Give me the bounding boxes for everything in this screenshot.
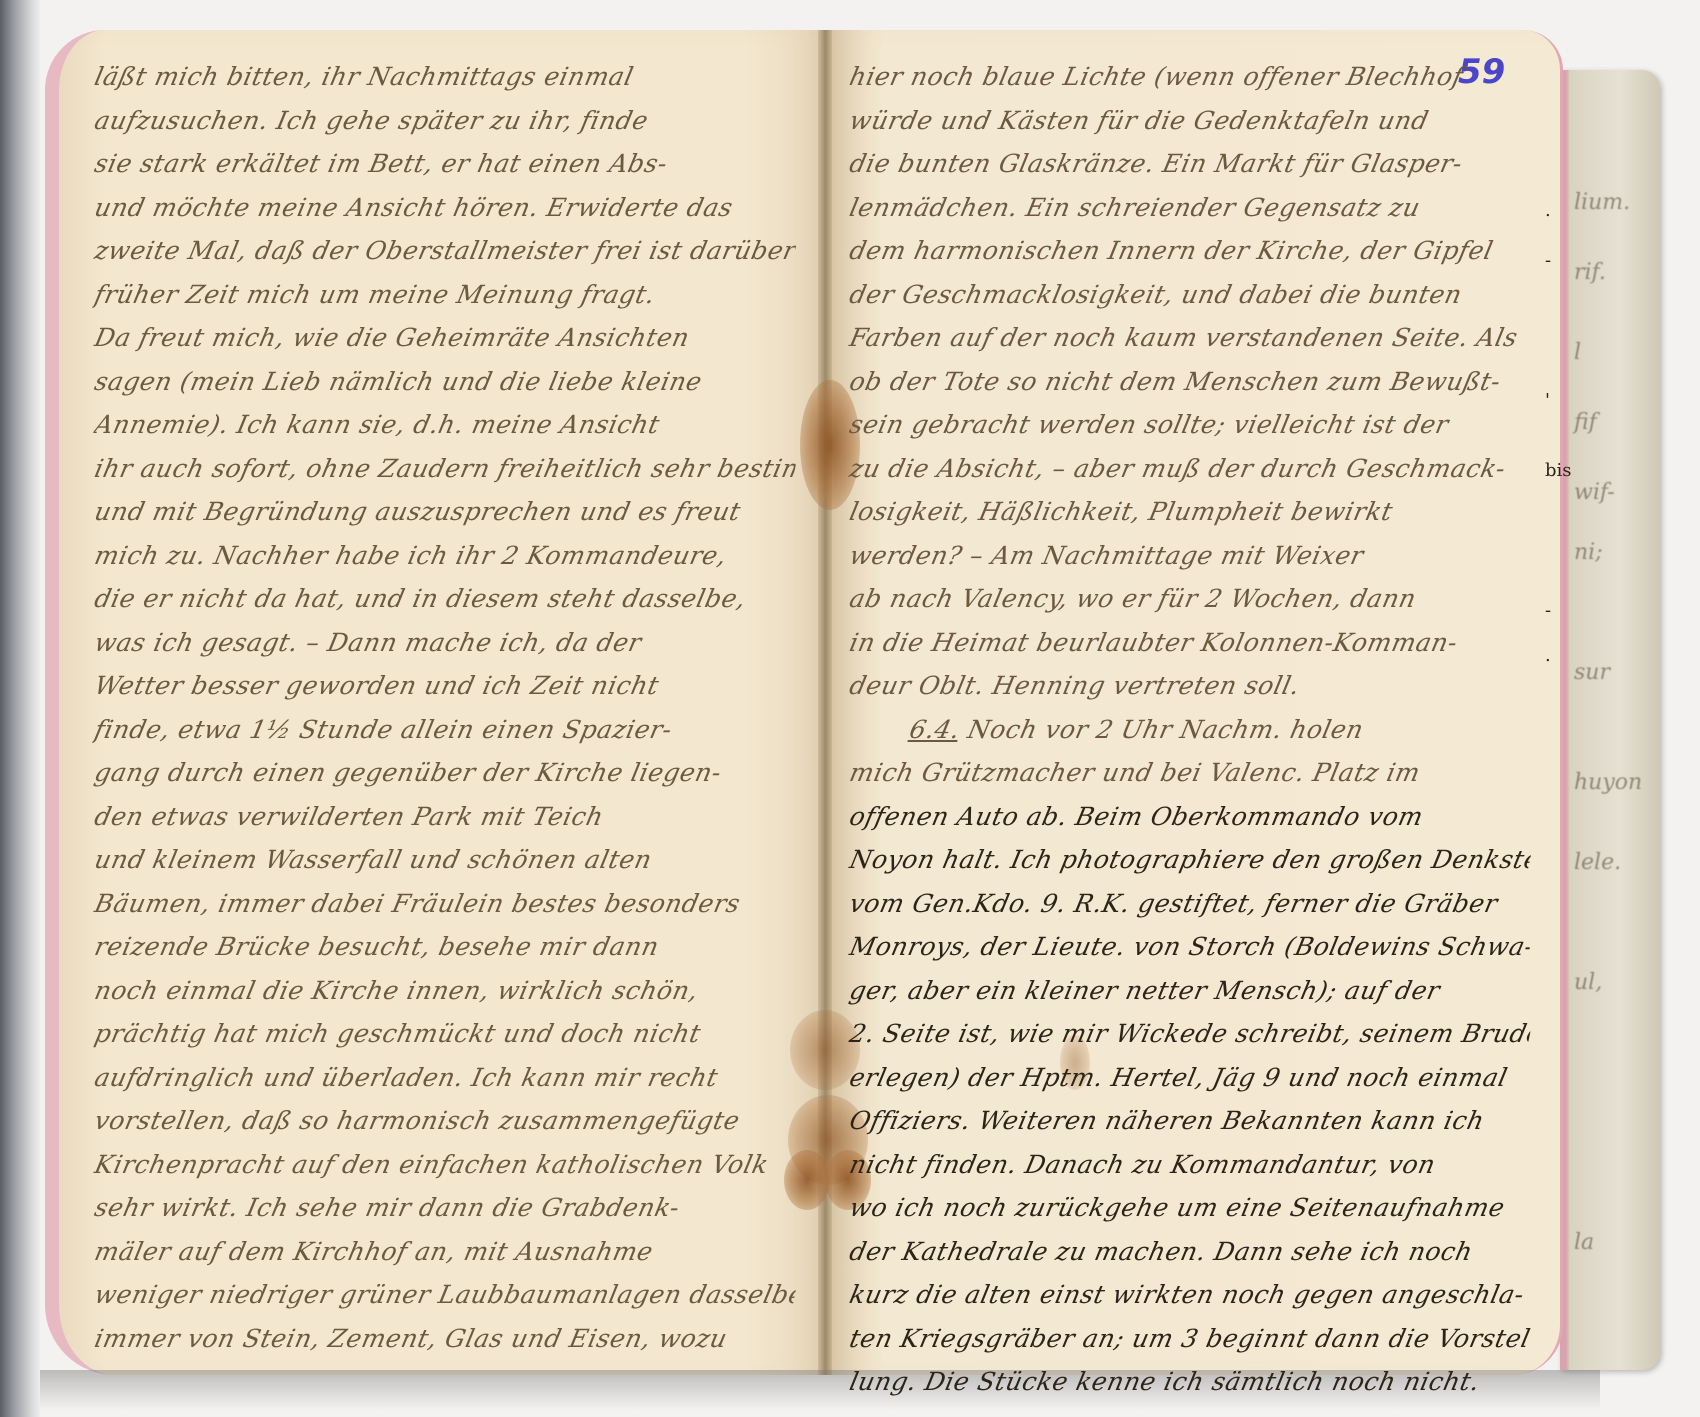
text-line: und mit Begründung auszusprechen und es …	[90, 490, 799, 534]
text-line: noch einmal die Kirche innen, wirklich s…	[90, 969, 799, 1013]
text-line: ten Kriegsgräber an; um 3 beginnt dann d…	[845, 1317, 1534, 1361]
text-line: werden? – Am Nachmittage mit Weixer	[845, 534, 1534, 578]
text-line: zu die Absicht, – aber muß der durch Ges…	[845, 447, 1534, 491]
text-line: der Kathedrale zu machen. Dann sehe ich …	[845, 1230, 1534, 1274]
margin-mark: bis	[1545, 460, 1572, 481]
ghost-text: rif.	[1574, 260, 1654, 285]
text-line: mich zu. Nachher habe ich ihr 2 Kommande…	[90, 534, 799, 578]
text-line: den etwas verwilderten Park mit Teich	[90, 795, 799, 839]
ghost-text: lium.	[1574, 190, 1654, 215]
text-line: die bunten Glaskränze. Ein Markt für Gla…	[845, 142, 1534, 186]
text-line: offenen Auto ab. Beim Oberkommando vom	[845, 795, 1534, 839]
text-line: in die Heimat beurlaubter Kolonnen-Komma…	[845, 621, 1534, 665]
text-line: wo ich noch zurückgehe um eine Seitenauf…	[845, 1186, 1534, 1230]
text-line: sehr wirkt. Ich sehe mir dann die Grabde…	[90, 1186, 799, 1230]
text-line: sein gebracht werden sollte; vielleicht …	[845, 403, 1534, 447]
text-line: lung. Die Stücke kenne ich sämtlich noch…	[845, 1360, 1534, 1404]
date-heading: 6.4.	[907, 715, 963, 744]
right-page-text: hier noch blaue Lichte (wenn offener Ble…	[850, 55, 1530, 1404]
text-line: Bäumen, immer dabei Fräulein bestes beso…	[90, 882, 799, 926]
text-line: prächtig hat mich geschmückt und doch ni…	[90, 1012, 799, 1056]
text-line: Monroys, der Lieute. von Storch (Boldewi…	[845, 925, 1534, 969]
text-line: was ich gesagt. – Dann mache ich, da der	[90, 621, 799, 665]
text-line: Noyon halt. Ich photographiere den große…	[845, 838, 1534, 882]
text-line: läßt mich bitten, ihr Nachmittags einmal	[90, 55, 799, 99]
text-line: Annemie). Ich kann sie, d.h. meine Ansic…	[90, 403, 799, 447]
margin-mark: .	[1545, 200, 1551, 221]
text-line: weniger niedriger grüner Laubbaumanlagen…	[90, 1273, 799, 1317]
text-line: finde, etwa 1½ Stunde allein einen Spazi…	[90, 708, 799, 752]
ghost-text: ul,	[1574, 970, 1654, 995]
text-line: würde und Kästen für die Gedenktafeln un…	[845, 99, 1534, 143]
date-entry-line: 6.4. Noch vor 2 Uhr Nachm. holen	[845, 708, 1534, 752]
text-line: Farben auf der noch kaum verstandenen Se…	[845, 316, 1534, 360]
scanner-edge	[0, 0, 40, 1417]
ghost-text: sur	[1574, 660, 1654, 685]
text-line: 2. Seite ist, wie mir Wickede schreibt, …	[845, 1012, 1534, 1056]
left-page-text: läßt mich bitten, ihr Nachmittags einmal…	[95, 55, 795, 1360]
ghost-text: fif	[1574, 410, 1654, 435]
text-line: früher Zeit mich um meine Meinung fragt.	[90, 273, 799, 317]
text-line: aufzusuchen. Ich gehe später zu ihr, fin…	[90, 99, 799, 143]
margin-mark: -	[1545, 250, 1551, 271]
protruding-back-page: lium. rif. l fif wif- ni; sur huyon lele…	[1560, 70, 1660, 1370]
text-line: und kleinem Wasserfall und schönen alten	[90, 838, 799, 882]
text-line: kurz die alten einst wirkten noch gegen …	[845, 1273, 1534, 1317]
ghost-text: la	[1574, 1230, 1654, 1255]
text-line: mäler auf dem Kirchhof an, mit Ausnahme	[90, 1230, 799, 1274]
text-line: sagen (mein Lieb nämlich und die liebe k…	[90, 360, 799, 404]
text-line: nicht finden. Danach zu Kommandantur, vo…	[845, 1143, 1534, 1187]
text-line: zweite Mal, daß der Oberstallmeister fre…	[90, 229, 799, 273]
text-line: lenmädchen. Ein schreiender Gegensatz zu	[845, 186, 1534, 230]
text-line: vorstellen, daß so harmonisch zusammenge…	[90, 1099, 799, 1143]
text-line: Da freut mich, wie die Geheimräte Ansich…	[90, 316, 799, 360]
text-line: reizende Brücke besucht, besehe mir dann	[90, 925, 799, 969]
text-line: hier noch blaue Lichte (wenn offener Ble…	[845, 55, 1534, 99]
text-line: deur Oblt. Henning vertreten soll.	[845, 664, 1534, 708]
text-line: ger, aber ein kleiner netter Mensch); au…	[845, 969, 1534, 1013]
text-line: ab nach Valency, wo er für 2 Wochen, dan…	[845, 577, 1534, 621]
text-line: aufdringlich und überladen. Ich kann mir…	[90, 1056, 799, 1100]
text-line: die er nicht da hat, und in diesem steht…	[90, 577, 799, 621]
margin-mark: -	[1545, 600, 1551, 621]
margin-mark: '	[1545, 390, 1550, 411]
ghost-text: wif-	[1574, 480, 1654, 505]
text-line: Wetter besser geworden und ich Zeit nich…	[90, 664, 799, 708]
ghost-text: ni;	[1574, 540, 1654, 565]
text-line: mich Grützmacher und bei Valenc. Platz i…	[845, 751, 1534, 795]
text-line: und möchte meine Ansicht hören. Erwidert…	[90, 186, 799, 230]
text-line: ihr auch sofort, ohne Zaudern freiheitli…	[90, 447, 799, 491]
text-line: Offiziers. Weiteren näheren Bekannten ka…	[845, 1099, 1534, 1143]
text-line: losigkeit, Häßlichkeit, Plumpheit bewirk…	[845, 490, 1534, 534]
ghost-text: lele.	[1574, 850, 1654, 875]
margin-mark: .	[1545, 645, 1551, 666]
ghost-text: huyon	[1574, 770, 1654, 795]
text-line: ob der Tote so nicht dem Menschen zum Be…	[845, 360, 1534, 404]
text-line: immer von Stein, Zement, Glas und Eisen,…	[90, 1317, 799, 1361]
text-line: Kirchenpracht auf den einfachen katholis…	[90, 1143, 799, 1187]
text-line: erlegen) der Hptm. Hertel, Jäg 9 und noc…	[845, 1056, 1534, 1100]
text-line: dem harmonischen Innern der Kirche, der …	[845, 229, 1534, 273]
text-line: der Geschmacklosigkeit, und dabei die bu…	[845, 273, 1534, 317]
text-line: vom Gen.Kdo. 9. R.K. gestiftet, ferner d…	[845, 882, 1534, 926]
ghost-text: l	[1574, 340, 1654, 365]
text-line: sie stark erkältet im Bett, er hat einen…	[90, 142, 799, 186]
text-line: gang durch einen gegenüber der Kirche li…	[90, 751, 799, 795]
